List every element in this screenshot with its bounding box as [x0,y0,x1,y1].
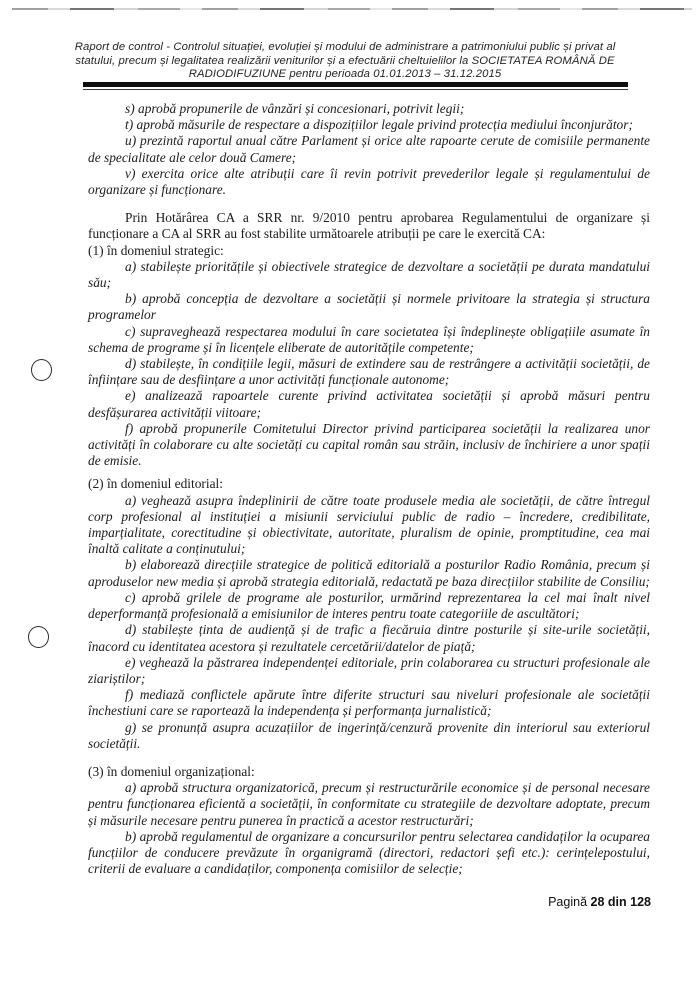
header-line-1: Raport de control - Controlul situației,… [62,41,628,55]
page-footer: Pagină 28 din 128 [548,895,651,909]
header-line-2: statului, precum și legalitatea realizăr… [62,55,628,69]
punch-hole-top [31,359,52,381]
paragraph-u: u) prezintă raportul anual către Parlame… [88,133,650,165]
section-2-item-g: g) se pronunță asupra acuzațiilor de ing… [88,720,650,752]
section-3-item-a: a) aprobă structura organizatorică, prec… [88,780,650,829]
footer-total-pages: 128 [630,895,651,909]
paragraph-t: t) aprobă măsurile de respectare a dispo… [88,117,650,133]
section-2-item-e: e) veghează la păstrarea independenței e… [88,655,650,687]
section-2-item-f: f) mediază conflictele apărute între dif… [88,687,650,719]
section-3-item-b: b) aprobă regulamentul de organizare a c… [88,829,650,878]
paragraph-s: s) aprobă propunerile de vânzări și conc… [88,101,650,117]
footer-separator: din [608,895,627,909]
section-1-item-a: a) stabilește prioritățile și obiectivel… [88,259,650,291]
scan-artifact-line [12,8,692,10]
header-rule [83,82,628,90]
paragraph-v: v) exercita orice alte atribuții care îi… [88,166,650,198]
section-1-item-d: d) stabilește, în condițiile legii, măsu… [88,356,650,388]
paragraph-intro-hotarare: Prin Hotărârea CA a SRR nr. 9/2010 pentr… [88,210,650,242]
section-1-item-c: c) supraveghează respectarea modului în … [88,324,650,356]
header-line-3: RADIODIFUZIUNE pentru perioada 01.01.201… [62,68,628,82]
punch-hole-bottom [28,626,49,648]
section-1-item-b: b) aprobă concepția de dezvoltare a soci… [88,291,650,323]
footer-prefix: Pagină [548,895,587,909]
section-1-item-f: f) aprobă propunerile Comitetului Direct… [88,421,650,470]
section-2-item-d: d) stabilește ținta de audiență și de tr… [88,622,650,654]
document-page: Raport de control - Controlul situației,… [0,0,700,990]
footer-page-number: 28 [591,895,605,909]
section-1-heading: (1) în domeniul strategic: [88,243,650,259]
section-2-item-c: c) aprobă grilele de programe ale postur… [88,590,650,622]
section-3-heading: (3) în domeniul organizațional: [88,764,650,780]
section-1-item-e: e) analizează rapoartele curente privind… [88,388,650,420]
section-2-item-b: b) elaborează direcțiile strategice de p… [88,557,650,589]
header-rule-thin [83,89,628,90]
document-body: s) aprobă propunerile de vânzări și conc… [88,101,650,877]
page-header: Raport de control - Controlul situației,… [62,41,628,82]
section-2-item-a: a) veghează asupra îndeplinirii de către… [88,493,650,558]
header-rule-thick [83,82,628,87]
section-2-heading: (2) în domeniul editorial: [88,476,650,492]
